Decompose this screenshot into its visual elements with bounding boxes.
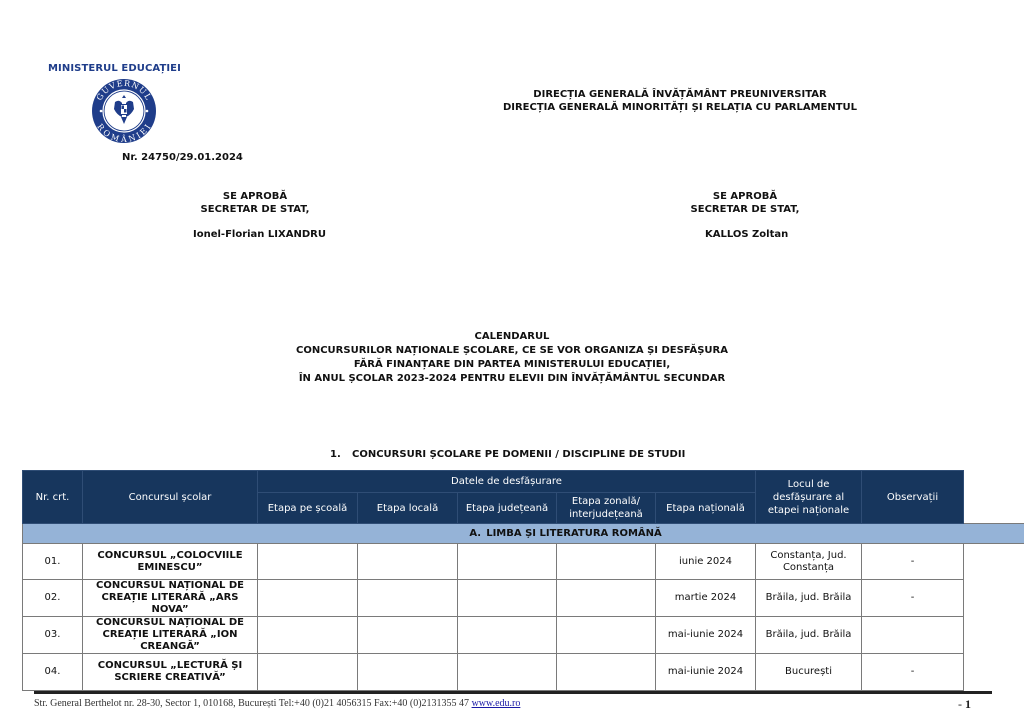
table-row: 02. CONCURSUL NAȚIONAL DE CREAȚIE LITERA… xyxy=(23,580,1024,617)
cell-stage-national: iunie 2024 xyxy=(656,544,756,580)
cell-contest: CONCURSUL „COLOCVIILE EMINESCU” xyxy=(83,544,258,580)
cell-location: Brăila, jud. Brăila xyxy=(756,617,862,654)
cell-stage-national: mai-iunie 2024 xyxy=(656,654,756,691)
cell-stage-local xyxy=(358,654,458,691)
contest-calendar-table: Nr. crt. Concursul școlar Datele de desf… xyxy=(22,470,1024,691)
cell-stage-school xyxy=(258,544,358,580)
cell-stage-county xyxy=(458,617,557,654)
col-header-location: Locul de desfășurare al etapei naționale xyxy=(756,471,862,524)
document-title: CALENDARUL CONCURSURILOR NAȚIONALE ȘCOLA… xyxy=(262,330,762,386)
col-header-stage-local: Etapa locală xyxy=(358,493,458,524)
col-header-contest: Concursul școlar xyxy=(83,471,258,524)
approval-block-left: SE APROBĂ SECRETAR DE STAT, xyxy=(190,190,320,216)
cell-stage-national: martie 2024 xyxy=(656,580,756,617)
approval-role: SECRETAR DE STAT, xyxy=(190,203,320,216)
cell-nr: 01. xyxy=(23,544,83,580)
government-emblem-icon: GUVERNUL ROMÂNIEI xyxy=(91,78,157,144)
directorate-line: DIRECȚIA GENERALĂ MINORITĂȚI ȘI RELAȚIA … xyxy=(470,101,890,114)
footer-address: Str. General Berthelot nr. 28-30, Sector… xyxy=(34,698,520,709)
cell-notes: - xyxy=(862,544,964,580)
cell-stage-school xyxy=(258,617,358,654)
cell-contest: CONCURSUL NAȚIONAL DE CREAȚIE LITERARĂ „… xyxy=(83,617,258,654)
cell-stage-school xyxy=(258,654,358,691)
cell-location: Constanța, Jud. Constanța xyxy=(756,544,862,580)
col-header-stage-school: Etapa pe școală xyxy=(258,493,358,524)
document-number: Nr. 24750/29.01.2024 xyxy=(122,152,243,163)
cell-stage-zonal xyxy=(557,654,656,691)
cell-stage-county xyxy=(458,544,557,580)
table-row: 04. CONCURSUL „LECTURĂ ȘI SCRIERE CREATI… xyxy=(23,654,1024,691)
approval-line: SE APROBĂ xyxy=(190,190,320,203)
title-line: ÎN ANUL ȘCOLAR 2023-2024 PENTRU ELEVII D… xyxy=(262,372,762,386)
cell-location: Brăila, jud. Brăila xyxy=(756,580,862,617)
section-number: 1. xyxy=(330,449,352,460)
cell-stage-local xyxy=(358,617,458,654)
cell-stage-national: mai-iunie 2024 xyxy=(656,617,756,654)
cell-stage-county xyxy=(458,654,557,691)
col-header-dates-group: Datele de desfășurare xyxy=(258,471,756,493)
signer-name-left: Ionel-Florian LIXANDRU xyxy=(193,229,326,240)
section-heading: 1.CONCURSURI ȘCOLARE PE DOMENII / DISCIP… xyxy=(330,449,685,460)
directorates-heading: DIRECȚIA GENERALĂ ÎNVĂȚĂMÂNT PREUNIVERSI… xyxy=(470,88,890,114)
cell-stage-school xyxy=(258,580,358,617)
cell-stage-zonal xyxy=(557,617,656,654)
website-link[interactable]: www.edu.ro xyxy=(472,698,521,709)
cell-stage-zonal xyxy=(557,544,656,580)
col-header-nr: Nr. crt. xyxy=(23,471,83,524)
cell-stage-zonal xyxy=(557,580,656,617)
approval-role: SECRETAR DE STAT, xyxy=(680,203,810,216)
col-header-stage-county: Etapa județeană xyxy=(458,493,557,524)
cell-stage-local xyxy=(358,544,458,580)
cell-nr: 04. xyxy=(23,654,83,691)
cell-stage-local xyxy=(358,580,458,617)
signer-name-right: KALLOS Zoltan xyxy=(705,229,788,240)
cell-notes xyxy=(862,617,964,654)
category-title: A.LIMBA ȘI LITERATURA ROMÂNĂ xyxy=(23,524,1024,544)
title-line: CONCURSURILOR NAȚIONALE ȘCOLARE, CE SE V… xyxy=(262,344,762,358)
col-header-notes: Observații xyxy=(862,471,964,524)
cell-contest: CONCURSUL „LECTURĂ ȘI SCRIERE CREATIVĂ” xyxy=(83,654,258,691)
ministry-name: MINISTERUL EDUCAȚIEI xyxy=(48,63,181,74)
approval-line: SE APROBĂ xyxy=(680,190,810,203)
cell-nr: 03. xyxy=(23,617,83,654)
category-row: A.LIMBA ȘI LITERATURA ROMÂNĂ xyxy=(23,524,1024,544)
table-row: 03. CONCURSUL NAȚIONAL DE CREAȚIE LITERA… xyxy=(23,617,1024,654)
col-header-stage-zonal: Etapa zonală/ interjudețeană xyxy=(557,493,656,524)
cell-contest: CONCURSUL NAȚIONAL DE CREAȚIE LITERARĂ „… xyxy=(83,580,258,617)
table-row: 01. CONCURSUL „COLOCVIILE EMINESCU” iuni… xyxy=(23,544,1024,580)
cell-nr: 02. xyxy=(23,580,83,617)
footer-divider xyxy=(34,691,992,694)
title-line: CALENDARUL xyxy=(262,330,762,344)
title-line: FĂRĂ FINANȚARE DIN PARTEA MINISTERULUI E… xyxy=(262,358,762,372)
cell-stage-county xyxy=(458,580,557,617)
approval-block-right: SE APROBĂ SECRETAR DE STAT, xyxy=(680,190,810,216)
section-title: CONCURSURI ȘCOLARE PE DOMENII / DISCIPLI… xyxy=(352,449,685,460)
cell-notes: - xyxy=(862,654,964,691)
directorate-line: DIRECȚIA GENERALĂ ÎNVĂȚĂMÂNT PREUNIVERSI… xyxy=(470,88,890,101)
cell-notes: - xyxy=(862,580,964,617)
page-number: - 1 xyxy=(958,697,971,712)
cell-location: București xyxy=(756,654,862,691)
col-header-stage-national: Etapa națională xyxy=(656,493,756,524)
